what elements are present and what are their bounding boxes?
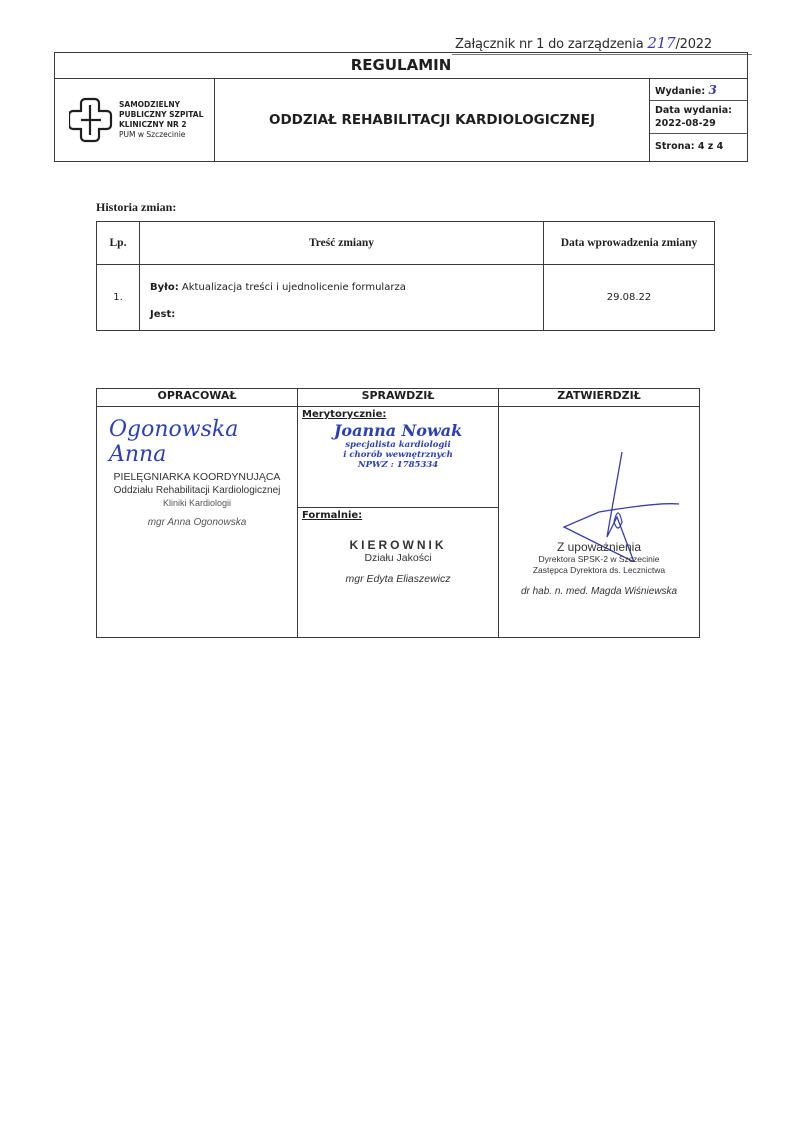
header-checked: SPRAWDZIŁ bbox=[298, 389, 499, 407]
header-approved: ZATWIERDZIŁ bbox=[499, 389, 700, 407]
document-title: REGULAMIN bbox=[55, 53, 747, 79]
was-label: Było: bbox=[150, 282, 179, 293]
hospital-cross-logo-icon bbox=[69, 97, 113, 143]
page-number: Strona: 4 z 4 bbox=[650, 134, 747, 161]
approved-stamp-line-2: Dyrektora SPSK-2 w Szczecinie bbox=[499, 554, 699, 565]
formal-label: Formalnie: bbox=[298, 508, 498, 523]
prepared-stamp-line-2: Oddziału Rehabilitacji Kardiologicznej bbox=[97, 484, 297, 497]
logo-line-4: PUM w Szczecinie bbox=[119, 130, 203, 140]
issue-date-value: 2022-08-29 bbox=[655, 117, 742, 130]
approved-stamp-line-1: Z upoważnienia bbox=[499, 541, 699, 554]
attachment-reference: Załącznik nr 1 do zarządzenia 217/2022 bbox=[455, 34, 712, 52]
document-header: REGULAMIN SAMODZIELNY PUBLICZNY SZPITAL … bbox=[54, 52, 748, 162]
formal-stamp-line-1: KIEROWNIK bbox=[298, 539, 498, 552]
hospital-logo-block: SAMODZIELNY PUBLICZNY SZPITAL KLINICZNY … bbox=[55, 79, 215, 161]
prepared-stamp-line-1: PIELĘGNIARKA KOORDYNUJĄCA bbox=[97, 471, 297, 484]
prepared-cell: Ogonowska Anna PIELĘGNIARKA KOORDYNUJĄCA… bbox=[97, 407, 298, 638]
table-header-row: Lp. Treść zmiany Data wprowadzenia zmian… bbox=[97, 222, 715, 265]
logo-line-2: PUBLICZNY SZPITAL bbox=[119, 110, 203, 120]
formal-stamp-line-2: Działu Jakości bbox=[298, 552, 498, 565]
attachment-prefix: Załącznik nr 1 do zarządzenia bbox=[455, 37, 647, 52]
signatures-table: OPRACOWAŁ SPRAWDZIŁ ZATWIERDZIŁ Ogonowsk… bbox=[96, 388, 700, 638]
table-row: 1. Było: Aktualizacja treści i ujednolic… bbox=[97, 265, 715, 331]
row-lp: 1. bbox=[97, 265, 140, 331]
row-date: 29.08.22 bbox=[544, 265, 715, 331]
department-name: ODDZIAŁ REHABILITACJI KARDIOLOGICZNEJ bbox=[215, 79, 650, 161]
prepared-stamp-name: mgr Anna Ogonowska bbox=[97, 516, 297, 529]
attachment-suffix: /2022 bbox=[675, 37, 711, 52]
row-change-content: Było: Aktualizacja treści i ujednoliceni… bbox=[140, 265, 544, 331]
checked-substantive-cell: Merytorycznie: Joanna Nowak specjalista … bbox=[298, 407, 499, 508]
prepared-stamp-line-3: Kliniki Kardiologii bbox=[97, 497, 297, 510]
edition-label: Wydanie: bbox=[655, 86, 705, 97]
substantive-stamp-line-2: i chorób wewnętrznych bbox=[298, 450, 498, 460]
is-label: Jest: bbox=[150, 309, 542, 320]
substantive-stamp-line-3: NPWZ : 1785334 bbox=[298, 460, 498, 470]
substantive-label: Merytorycznie: bbox=[298, 407, 498, 422]
logo-line-1: SAMODZIELNY bbox=[119, 100, 203, 110]
column-header-date: Data wprowadzenia zmiany bbox=[544, 222, 715, 265]
header-prepared: OPRACOWAŁ bbox=[97, 389, 298, 407]
handwritten-order-number: 217 bbox=[647, 34, 675, 52]
checked-formal-cell: Formalnie: KIEROWNIK Działu Jakości mgr … bbox=[298, 508, 499, 638]
approved-stamp-line-3: Zastępca Dyrektora ds. Lecznictwa bbox=[499, 565, 699, 576]
history-section-label: Historia zmian: bbox=[96, 200, 176, 215]
formal-stamp-name: mgr Edyta Eliaszewicz bbox=[298, 573, 498, 586]
approved-stamp-name: dr hab. n. med. Magda Wiśniewska bbox=[499, 585, 699, 598]
was-text: Aktualizacja treści i ujednolicenie form… bbox=[182, 282, 406, 293]
column-header-lp: Lp. bbox=[97, 222, 140, 265]
prepared-handwritten-signature: Ogonowska Anna bbox=[109, 417, 297, 467]
substantive-stamp-name: Joanna Nowak bbox=[298, 422, 498, 440]
substantive-stamp-line-1: specjalista kardiologii bbox=[298, 440, 498, 450]
column-header-change: Treść zmiany bbox=[140, 222, 544, 265]
approved-cell: Z upoważnienia Dyrektora SPSK-2 w Szczec… bbox=[499, 407, 700, 638]
document-meta: Wydanie: 3 Data wydania: 2022-08-29 Stro… bbox=[650, 79, 747, 161]
signatures-header-row: OPRACOWAŁ SPRAWDZIŁ ZATWIERDZIŁ bbox=[97, 389, 700, 407]
change-history-table: Lp. Treść zmiany Data wprowadzenia zmian… bbox=[96, 221, 715, 331]
issue-date-label: Data wydania: bbox=[655, 104, 742, 117]
edition-value: 3 bbox=[708, 83, 716, 97]
logo-line-3: KLINICZNY NR 2 bbox=[119, 120, 203, 130]
